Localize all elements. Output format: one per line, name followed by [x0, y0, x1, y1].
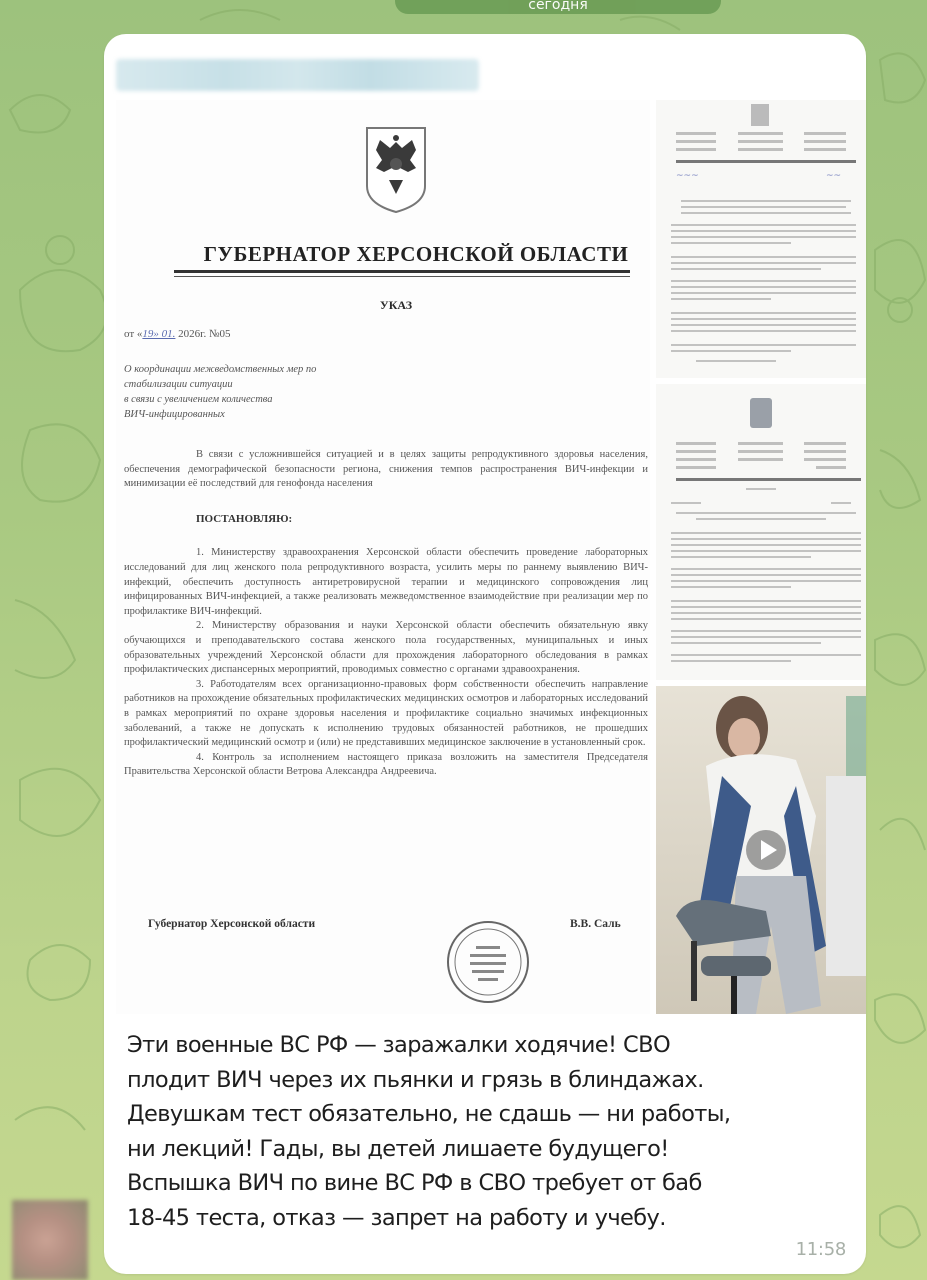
blurred-document-icon: [656, 384, 866, 680]
blurred-document-icon: ~~~ ~~: [656, 100, 866, 378]
message-text-line: Девушкам тест обязательно, не сдашь — ни…: [127, 1097, 847, 1132]
signature-title: Губернатор Херсонской области: [148, 918, 315, 930]
video-thumbnail[interactable]: [656, 686, 866, 1014]
document-type: УКАЗ: [116, 298, 650, 313]
message-text-line: Вспышка ВИЧ по вине ВС РФ в СВО требует …: [127, 1166, 847, 1201]
date-separator-pill: сегодня: [395, 0, 721, 14]
document-preamble: В связи с усложнившейся ситуацией и в це…: [124, 448, 648, 492]
subject-line: О координации межведомственных мер по: [124, 362, 384, 377]
resolve-heading: ПОСТАНОВЛЯЮ:: [124, 512, 648, 527]
subject-line: стабилизации ситуации: [124, 377, 384, 392]
message-text-line: ни лекций! Гады, вы детей лишаете будуще…: [127, 1132, 847, 1167]
subject-line: в связи с увеличением количества: [124, 392, 384, 407]
message-text-line: Эти военные ВС РФ — заражалки ходячие! С…: [127, 1028, 847, 1063]
document-clause: 2. Министерству образования и науки Херс…: [124, 619, 648, 677]
sender-name-blurred: [116, 59, 479, 91]
document-body: В связи с усложнившейся ситуацией и в це…: [124, 448, 648, 780]
message-timestamp: 11:58: [796, 1239, 846, 1260]
message-text-line: 18-45 теста, отказ — запрет на работу и …: [127, 1201, 847, 1236]
document-photo-page-3[interactable]: [656, 384, 866, 680]
coat-of-arms-icon: [363, 124, 429, 214]
document-clause: 1. Министерству здравоохранения Херсонск…: [124, 546, 648, 619]
heading-rule: [174, 270, 630, 273]
document-photo-page-2[interactable]: ~~~ ~~: [656, 100, 866, 378]
stamp-icon: [446, 918, 530, 1006]
document-subject: О координации межведомственных мер по ст…: [124, 362, 384, 422]
message-text-line: плодит ВИЧ через их пьянки и грязь в бли…: [127, 1063, 847, 1098]
message-bubble[interactable]: ГУБЕРНАТОР ХЕРСОНСКОЙ ОБЛАСТИ УКАЗ от «1…: [104, 34, 866, 1274]
svg-text:~~: ~~: [826, 171, 841, 181]
media-album: ГУБЕРНАТОР ХЕРСОНСКОЙ ОБЛАСТИ УКАЗ от «1…: [116, 100, 866, 1014]
date-prefix: от «: [124, 328, 142, 340]
document-heading: ГУБЕРНАТОР ХЕРСОНСКОЙ ОБЛАСТИ: [186, 242, 646, 267]
message-text: Эти военные ВС РФ — заражалки ходячие! С…: [127, 1028, 847, 1235]
svg-text:~~~: ~~~: [676, 171, 699, 181]
date-suffix: 2026г. №05: [175, 328, 230, 340]
date-handwritten: 19» 01.: [142, 328, 175, 340]
document-date: от «19» 01. 2026г. №05: [124, 328, 230, 340]
subject-line: ВИЧ-инфицированных: [124, 407, 384, 422]
document-clause: 4. Контроль за исполнением настоящего пр…: [124, 751, 648, 780]
sender-avatar[interactable]: [12, 1200, 88, 1280]
document-clause: 3. Работодателям всех организационно-пра…: [124, 678, 648, 751]
play-icon[interactable]: [746, 830, 786, 870]
signature-name: В.В. Саль: [570, 918, 621, 930]
heading-rule-thin: [174, 276, 630, 277]
document-photo-main[interactable]: ГУБЕРНАТОР ХЕРСОНСКОЙ ОБЛАСТИ УКАЗ от «1…: [116, 100, 650, 1014]
